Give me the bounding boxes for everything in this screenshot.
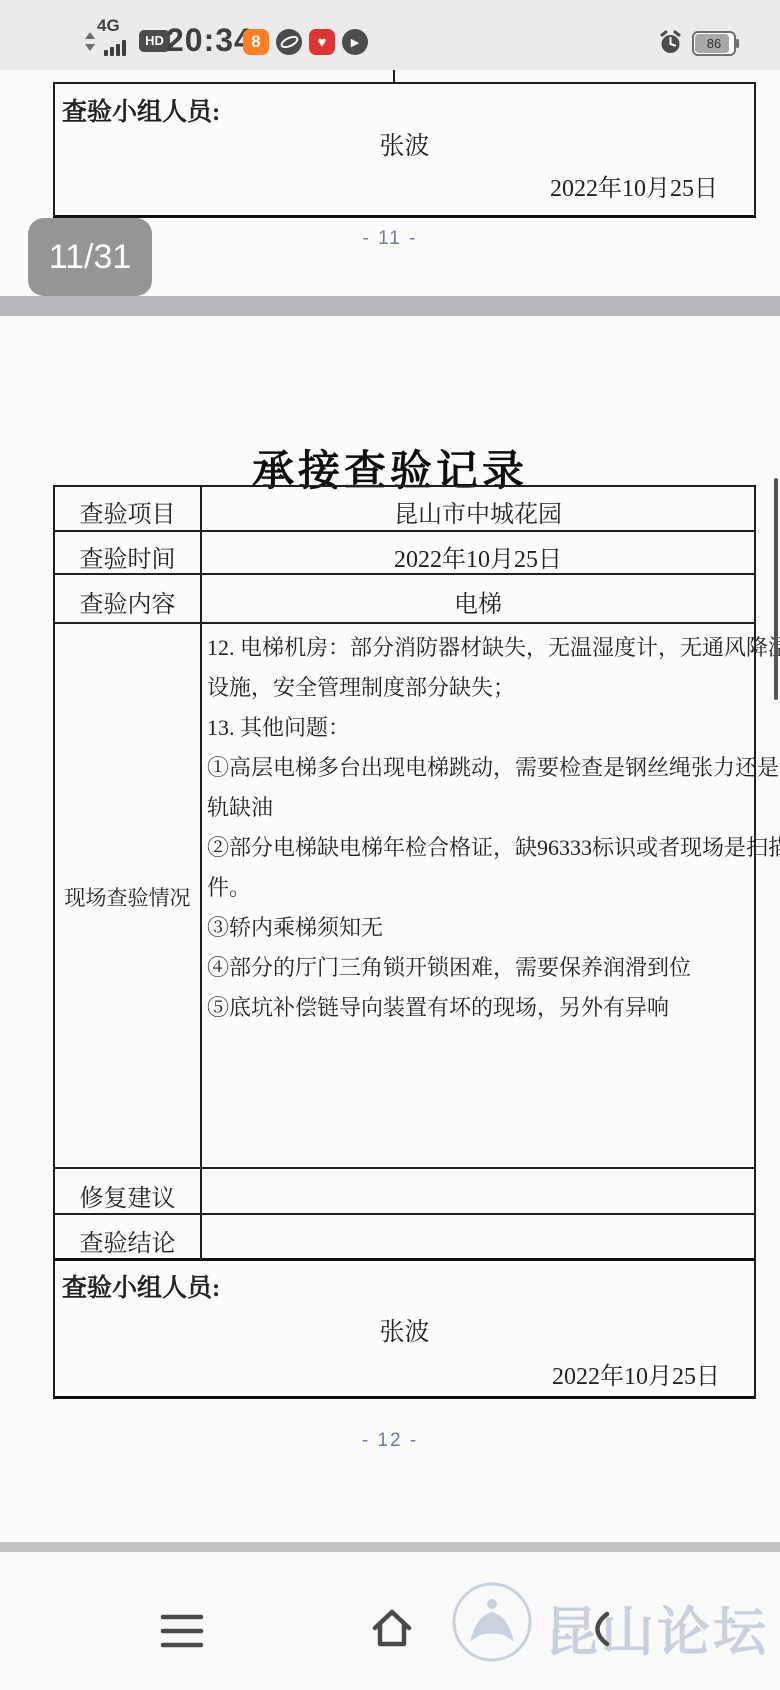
signature-date: 2022年10月25日 <box>53 168 718 203</box>
signer-name: 张波 <box>53 1312 756 1348</box>
signer-name: 张波 <box>53 126 756 162</box>
row-label-content: 查验内容 <box>53 584 202 619</box>
table-border <box>53 622 756 624</box>
finding-line: 轨缺油 <box>207 788 755 828</box>
table-border <box>53 1167 756 1169</box>
signature-box-bottom-border <box>53 215 756 218</box>
row-value-project: 昆山市中城花园 <box>202 494 754 529</box>
document-title: 承接查验记录 <box>0 438 780 498</box>
finding-line: ④部分的厅门三角锁开锁困难，需要保养润滑到位 <box>207 948 755 988</box>
scrollbar-thumb[interactable] <box>774 478 778 700</box>
finding-line: ①高层电梯多台出现电梯跳动，需要检查是钢丝绳张力还是导 <box>207 748 755 788</box>
finding-line: ②部分电梯缺电梯年检合格证，缺96333标识或者现场是扫描 <box>207 828 755 868</box>
inspection-team-label: 查验小组人员: <box>62 1268 220 1304</box>
row-label-time: 查验时间 <box>53 539 202 574</box>
row-label-conclusion: 查验结论 <box>53 1223 202 1258</box>
kuaishou-app-icon: 8 <box>243 29 269 55</box>
heart-app-icon: ♥ <box>309 29 335 55</box>
network-type-label: 4G <box>97 16 120 36</box>
page-separator <box>0 296 780 316</box>
inspection-team-label: 查验小组人员: <box>62 92 220 128</box>
row-label-site-situation: 现场查验情况 <box>53 882 202 912</box>
network-updown-arrows-icon <box>85 32 95 52</box>
phone-screen: 4G HD 20:34 8 ♥ ▶ 86 查验小组人员: <box>0 0 780 1690</box>
battery-nub <box>736 39 739 48</box>
battery-icon: 86 <box>692 31 736 56</box>
browser-swoosh-icon <box>276 29 302 55</box>
clock-time: 20:34 <box>166 22 253 59</box>
table-border <box>53 530 756 532</box>
table-border <box>53 1213 756 1215</box>
video-play-app-icon: ▶ <box>342 29 368 55</box>
signal-bars-icon <box>104 40 126 56</box>
signature-box-top-border <box>53 82 756 84</box>
finding-line: 12. 电梯机房：部分消防器材缺失，无温湿度计，无通风降温 <box>207 628 755 668</box>
inspection-findings-text: 12. 电梯机房：部分消防器材缺失，无温湿度计，无通风降温 设施，安全管理制度部… <box>207 628 755 1028</box>
page-number-footer: - 12 - <box>0 1430 780 1452</box>
page-indicator-badge: 11/31 <box>28 218 152 296</box>
row-value-content: 电梯 <box>202 584 754 619</box>
menu-button[interactable] <box>158 1612 206 1650</box>
battery-percent: 86 <box>694 33 734 54</box>
table-border <box>53 485 756 487</box>
row-label-project: 查验项目 <box>53 494 202 529</box>
table-border-thick <box>53 1258 756 1261</box>
finding-line: ③轿内乘梯须知无 <box>207 908 755 948</box>
home-button[interactable] <box>368 1604 416 1652</box>
kunshan-forum-logo-watermark-icon <box>450 1580 534 1664</box>
table-border-thick <box>53 1396 756 1399</box>
alarm-clock-icon <box>658 30 683 55</box>
signature-date: 2022年10月25日 <box>53 1356 720 1391</box>
finding-line: ⑤底坑补偿链导向装置有坏的现场，另外有异响 <box>207 988 755 1028</box>
row-value-time: 2022年10月25日 <box>202 539 754 574</box>
bottom-separator <box>0 1542 780 1552</box>
finding-line: 件。 <box>207 868 755 908</box>
back-button[interactable] <box>578 1608 620 1650</box>
status-bar: 4G HD 20:34 8 ♥ ▶ 86 <box>0 0 780 70</box>
table-left-border <box>53 485 55 1399</box>
row-label-repair-advice: 修复建议 <box>53 1178 202 1213</box>
finding-line: 13. 其他问题： <box>207 708 755 748</box>
finding-line: 设施，安全管理制度部分缺失； <box>207 668 755 708</box>
